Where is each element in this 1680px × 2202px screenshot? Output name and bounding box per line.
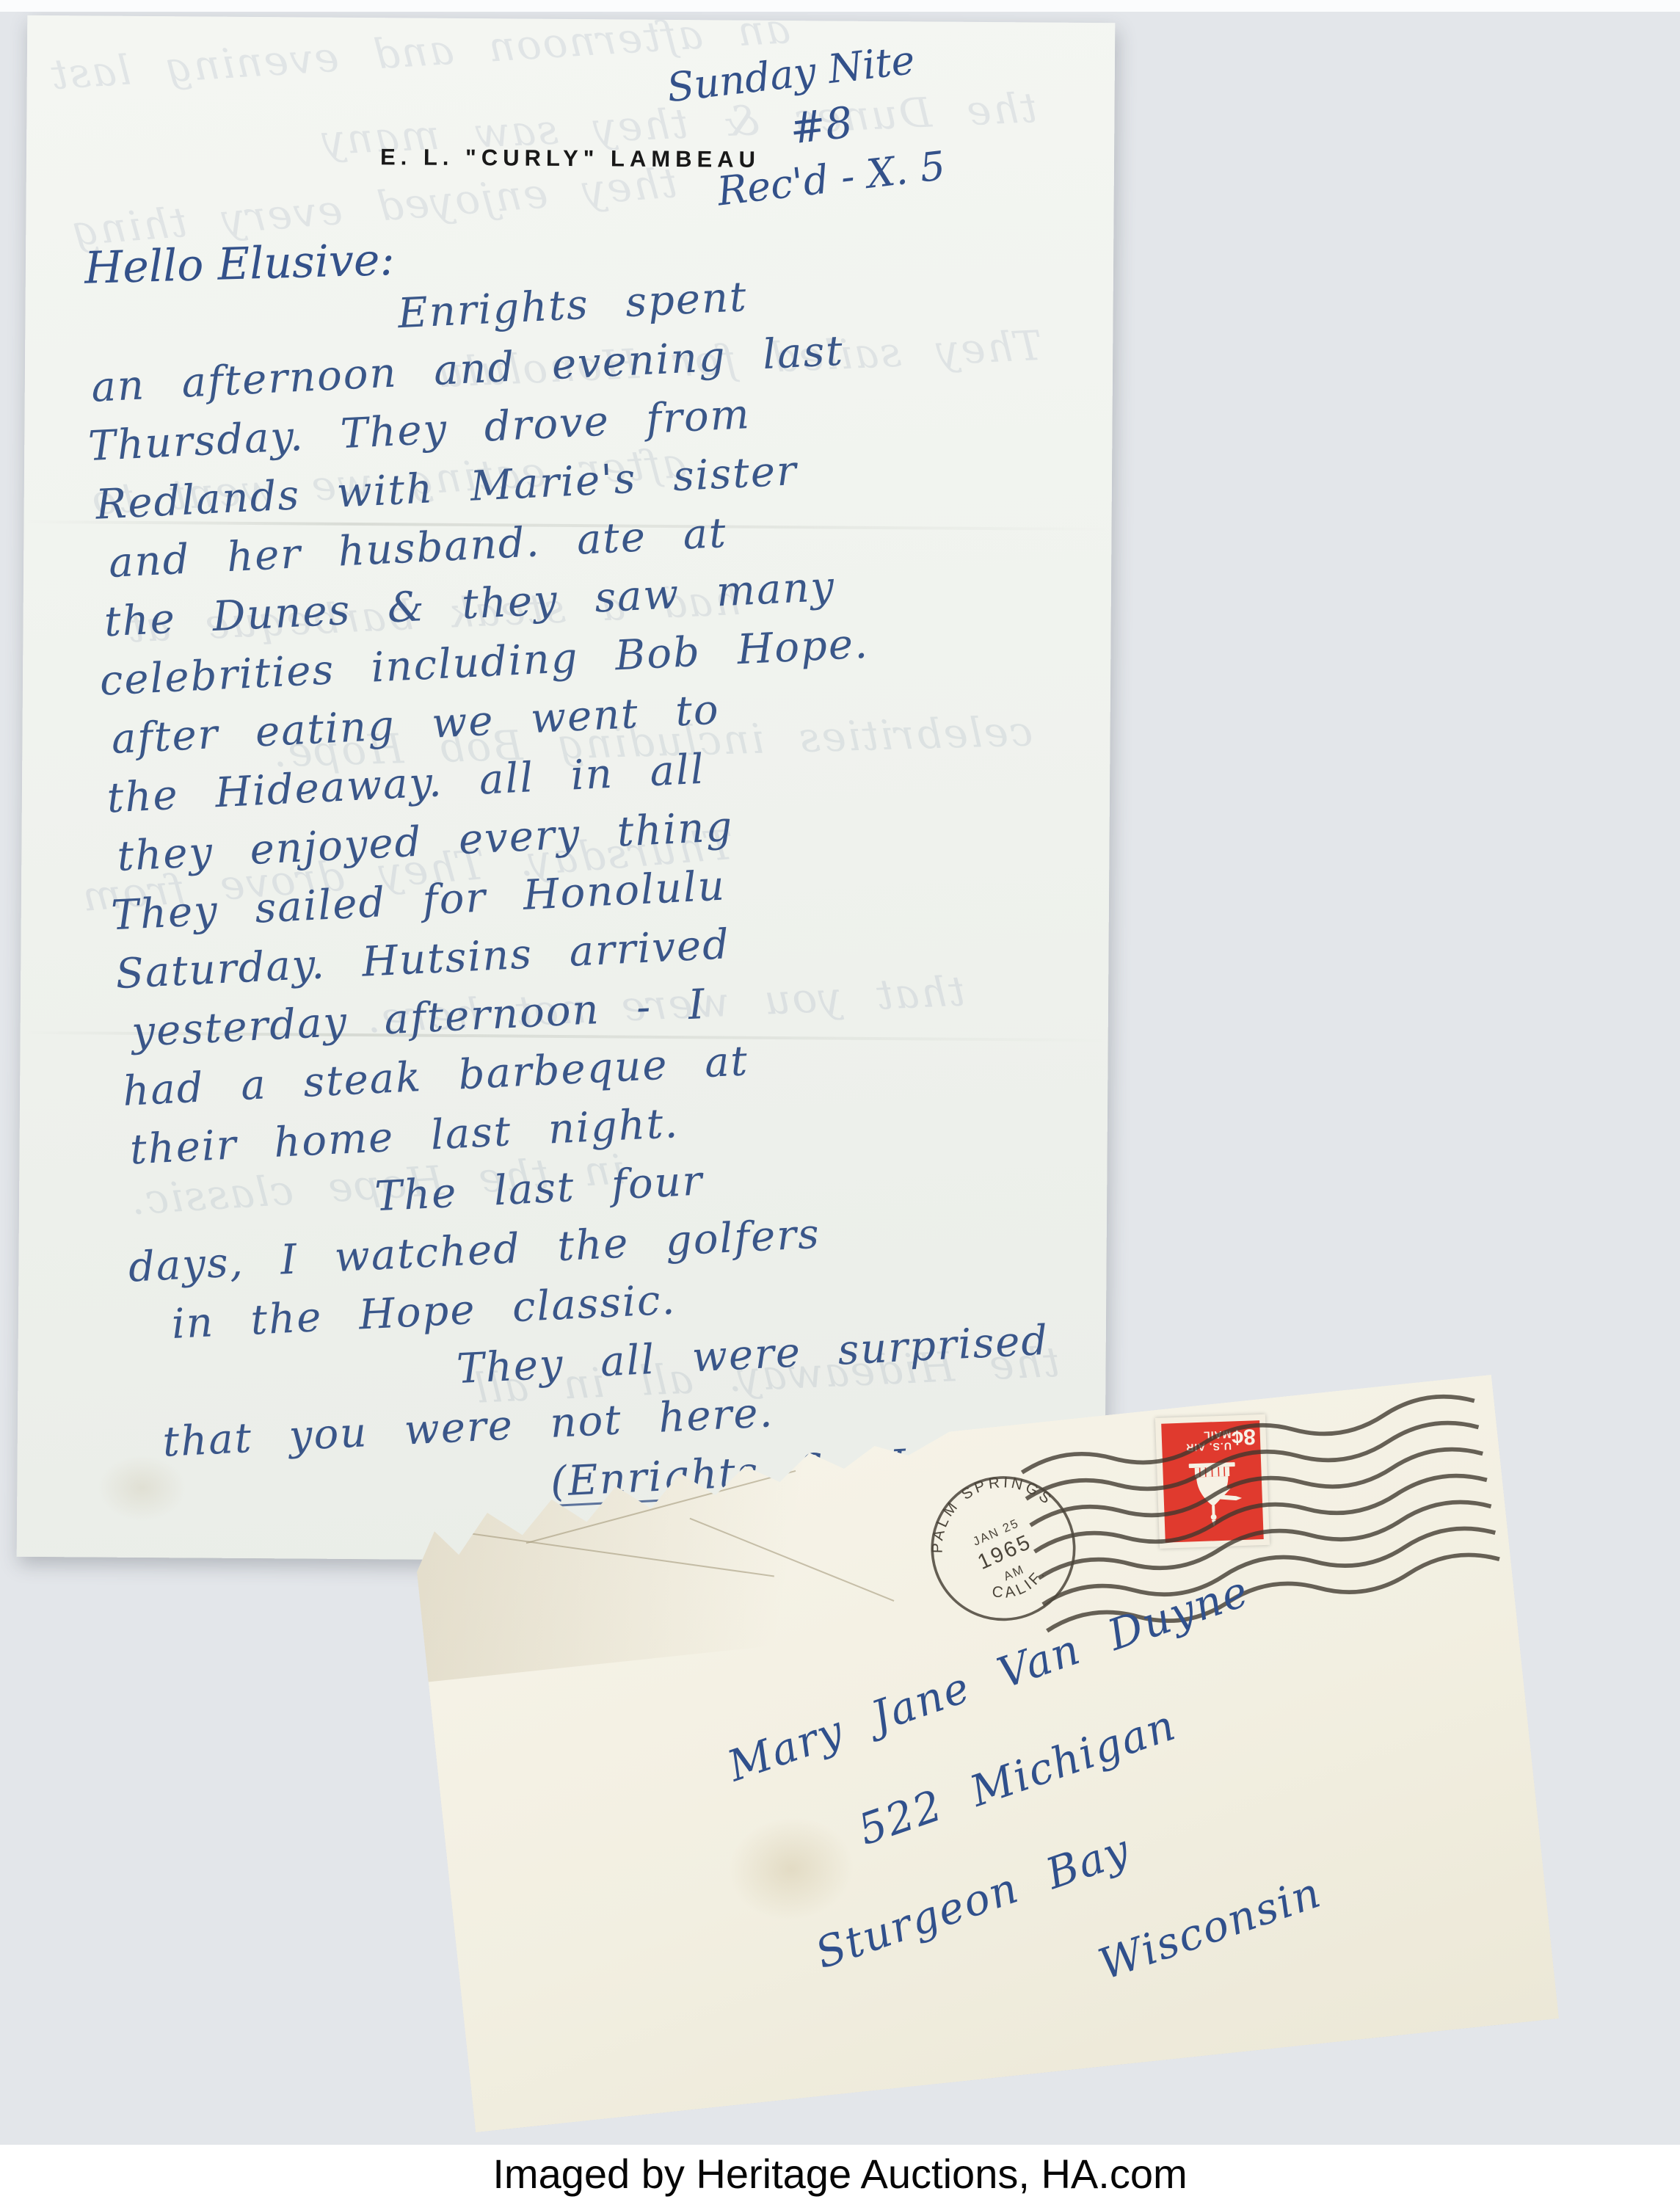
date-annotation: Sunday Nite #8 Rec'd - X. 5 — [664, 31, 948, 223]
salutation: Hello Elusive: — [84, 234, 395, 294]
photo-border-strip — [0, 0, 1680, 12]
caption-strip: Imaged by Heritage Auctions, HA.com — [0, 2145, 1680, 2202]
mailing-address: Mary Jane Van Duyne522 MichiganSturgeon … — [692, 1541, 1364, 2115]
crease-line — [690, 1518, 895, 1602]
crease-line — [462, 1532, 774, 1577]
letter-sheet: an afternoon and evening lastthe Dunes &… — [17, 15, 1116, 1564]
letter-body: Enrights spentan afternoon and evening l… — [81, 250, 1116, 1532]
photo-credit: Imaged by Heritage Auctions, HA.com — [492, 2150, 1187, 2198]
photo-canvas: an afternoon and evening lastthe Dunes &… — [0, 0, 1680, 2202]
